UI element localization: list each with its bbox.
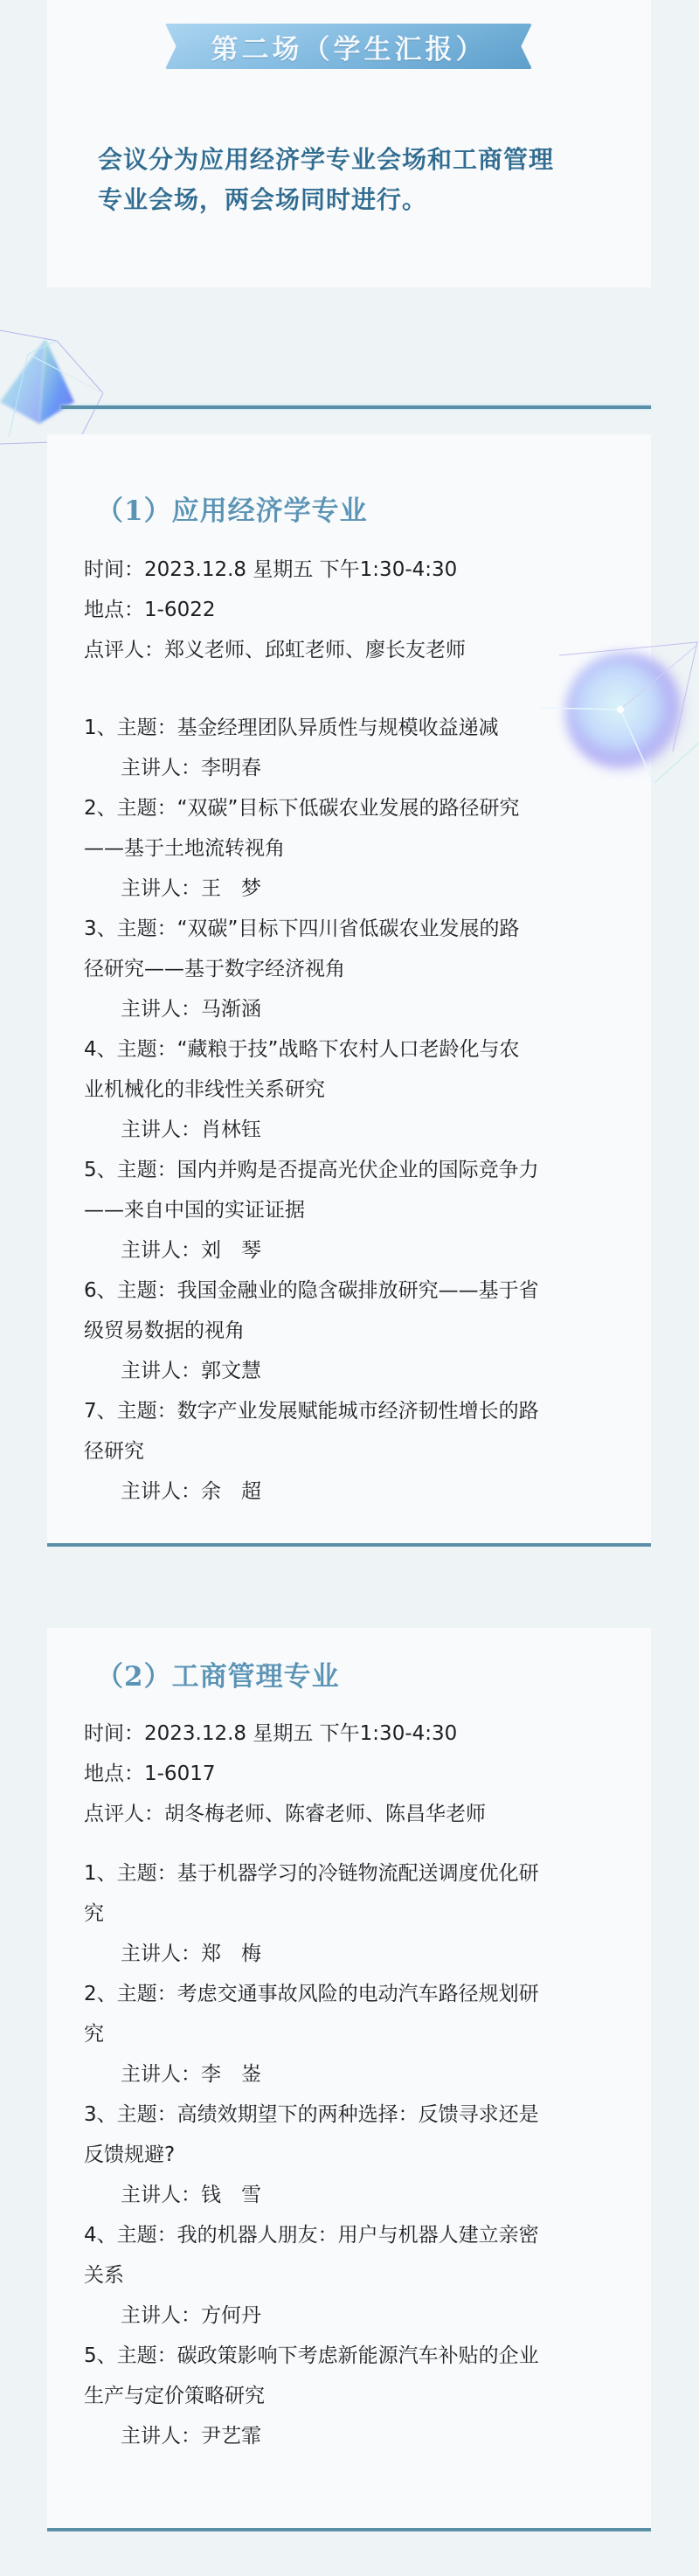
list-item: 7、主题：数字产业发展赋能城市经济韧性增长的路 径研究 主讲人：余 超: [84, 1391, 626, 1512]
topic-line: ——基于土地流转视角: [84, 828, 626, 869]
speaker-line: 主讲人：刘 琴: [84, 1230, 626, 1271]
topic-line: 1、主题：基于机器学习的冷链物流配送调度优化研: [84, 1853, 626, 1894]
speaker-line: 主讲人：郭文慧: [84, 1351, 626, 1391]
speaker-name: 余 超: [201, 1480, 261, 1503]
session-title: （1）应用经济学专业: [96, 494, 368, 529]
speaker-line: 主讲人：方何丹: [84, 2296, 626, 2336]
speaker-name: 李 崟: [201, 2063, 261, 2086]
topic-line: 生产与定价策略研究: [84, 2376, 626, 2416]
topic-line: 6、主题：我国金融业的隐含碳排放研究——基于省: [84, 1271, 626, 1311]
speaker-label: 主讲人：: [121, 757, 201, 779]
session-banner: 第二场（学生汇报）: [165, 24, 532, 69]
topic-line: 2、主题：考虑交通事故风险的电动汽车路径规划研: [84, 1974, 626, 2014]
topic-line: 5、主题：国内并购是否提高光伏企业的国际竞争力: [84, 1150, 626, 1190]
speaker-line: 主讲人：李 崟: [84, 2054, 626, 2095]
speaker-name: 方何丹: [201, 2304, 261, 2327]
speaker-line: 主讲人：肖林钰: [84, 1110, 626, 1150]
speaker-label: 主讲人：: [121, 2184, 201, 2206]
presentation-list: 1、主题：基金经理团队异质性与规模收益递减 主讲人：李明春 2、主题：“双碳”目…: [84, 708, 626, 1512]
session-location: 地点：1-6017: [84, 1754, 626, 1794]
presentation-list: 1、主题：基于机器学习的冷链物流配送调度优化研 究 主讲人：郑 梅 2、主题：考…: [84, 1853, 626, 2456]
list-item: 3、主题：高绩效期望下的两种选择：反馈寻求还是 反馈规避? 主讲人：钱 雪: [84, 2095, 626, 2215]
session-meta: 时间：2023.12.8 星期五 下午1:30-4:30 地点：1-6017 点…: [84, 1714, 626, 1834]
speaker-line: 主讲人：尹艺霏: [84, 2416, 626, 2456]
sphere-decoration-icon: [542, 612, 699, 786]
speaker-label: 主讲人：: [121, 1118, 201, 1141]
topic-line: 5、主题：碳政策影响下考虑新能源汽车补贴的企业: [84, 2336, 626, 2376]
topic-line: 径研究: [84, 1431, 626, 1472]
session-time: 时间：2023.12.8 星期五 下午1:30-4:30: [84, 1714, 626, 1754]
topic-line: 3、主题：高绩效期望下的两种选择：反馈寻求还是: [84, 2095, 626, 2135]
list-item: 3、主题：“双碳”目标下四川省低碳农业发展的路 径研究——基于数字经济视角 主讲…: [84, 909, 626, 1029]
speaker-name: 王 梦: [201, 877, 261, 900]
list-item: 1、主题：基于机器学习的冷链物流配送调度优化研 究 主讲人：郑 梅: [84, 1853, 626, 1974]
intro-card: 第二场（学生汇报） 会议分为应用经济学专业会场和工商管理 专业会场，两会场同时进…: [47, 0, 651, 287]
intro-paragraph: 会议分为应用经济学专业会场和工商管理 专业会场，两会场同时进行。: [98, 140, 622, 220]
speaker-name: 郭文慧: [201, 1360, 261, 1382]
topic-line: 究: [84, 1894, 626, 1934]
topic-line: 级贸易数据的视角: [84, 1311, 626, 1351]
topic-line: 7、主题：数字产业发展赋能城市经济韧性增长的路: [84, 1391, 626, 1431]
speaker-label: 主讲人：: [121, 2425, 201, 2448]
list-item: 5、主题：国内并购是否提高光伏企业的国际竞争力 ——来自中国的实证证据 主讲人：…: [84, 1150, 626, 1271]
speaker-label: 主讲人：: [121, 877, 201, 900]
topic-line: 2、主题：“双碳”目标下低碳农业发展的路径研究: [84, 788, 626, 828]
intro-line: 专业会场，两会场同时进行。: [98, 180, 622, 220]
list-item: 6、主题：我国金融业的隐含碳排放研究——基于省 级贸易数据的视角 主讲人：郭文慧: [84, 1271, 626, 1391]
session-card-applied-economics: （1）应用经济学专业 时间：2023.12.8 星期五 下午1:30-4:30 …: [47, 434, 651, 1547]
session-reviewers: 点评人：胡冬梅老师、陈睿老师、陈昌华老师: [84, 1794, 626, 1834]
session-title: （2）工商管理专业: [96, 1659, 340, 1694]
list-item: 4、主题：“藏粮于技”战略下农村人口老龄化与农 业机械化的非线性关系研究 主讲人…: [84, 1029, 626, 1150]
speaker-label: 主讲人：: [121, 1360, 201, 1382]
speaker-label: 主讲人：: [121, 2063, 201, 2086]
speaker-line: 主讲人：郑 梅: [84, 1934, 626, 1974]
speaker-line: 主讲人：钱 雪: [84, 2175, 626, 2215]
speaker-line: 主讲人：余 超: [84, 1472, 626, 1512]
intro-line: 会议分为应用经济学专业会场和工商管理: [98, 140, 622, 180]
topic-line: 4、主题：“藏粮于技”战略下农村人口老龄化与农: [84, 1029, 626, 1070]
session-time: 时间：2023.12.8 星期五 下午1:30-4:30: [84, 550, 626, 590]
speaker-label: 主讲人：: [121, 1480, 201, 1503]
speaker-label: 主讲人：: [121, 1942, 201, 1965]
topic-line: 4、主题：我的机器人朋友：用户与机器人建立亲密: [84, 2215, 626, 2255]
speaker-name: 尹艺霏: [201, 2425, 261, 2448]
speaker-name: 马渐涵: [201, 998, 261, 1021]
section-divider: [61, 405, 651, 409]
speaker-name: 李明春: [201, 757, 261, 779]
speaker-name: 钱 雪: [201, 2184, 261, 2206]
list-item: 2、主题：“双碳”目标下低碳农业发展的路径研究 ——基于土地流转视角 主讲人：王…: [84, 788, 626, 909]
list-item: 5、主题：碳政策影响下考虑新能源汽车补贴的企业 生产与定价策略研究 主讲人：尹艺…: [84, 2336, 626, 2456]
topic-line: 3、主题：“双碳”目标下四川省低碳农业发展的路: [84, 909, 626, 949]
speaker-label: 主讲人：: [121, 1239, 201, 1262]
list-item: 2、主题：考虑交通事故风险的电动汽车路径规划研 究 主讲人：李 崟: [84, 1974, 626, 2095]
list-item: 4、主题：我的机器人朋友：用户与机器人建立亲密 关系 主讲人：方何丹: [84, 2215, 626, 2336]
speaker-label: 主讲人：: [121, 2304, 201, 2327]
speaker-name: 肖林钰: [201, 1118, 261, 1141]
topic-line: 究: [84, 2014, 626, 2054]
speaker-name: 郑 梅: [201, 1942, 261, 1965]
topic-line: ——来自中国的实证证据: [84, 1190, 626, 1230]
session-card-business-management: （2）工商管理专业 时间：2023.12.8 星期五 下午1:30-4:30 地…: [47, 1628, 651, 2531]
speaker-label: 主讲人：: [121, 998, 201, 1021]
speaker-name: 刘 琴: [201, 1239, 261, 1262]
topic-line: 关系: [84, 2255, 626, 2296]
topic-line: 业机械化的非线性关系研究: [84, 1070, 626, 1110]
speaker-line: 主讲人：马渐涵: [84, 989, 626, 1029]
pyramid-decoration-icon: [0, 315, 114, 446]
topic-line: 径研究——基于数字经济视角: [84, 949, 626, 989]
banner-title: 第二场（学生汇报）: [211, 27, 487, 66]
topic-line: 反馈规避?: [84, 2135, 626, 2175]
speaker-line: 主讲人：王 梦: [84, 869, 626, 909]
